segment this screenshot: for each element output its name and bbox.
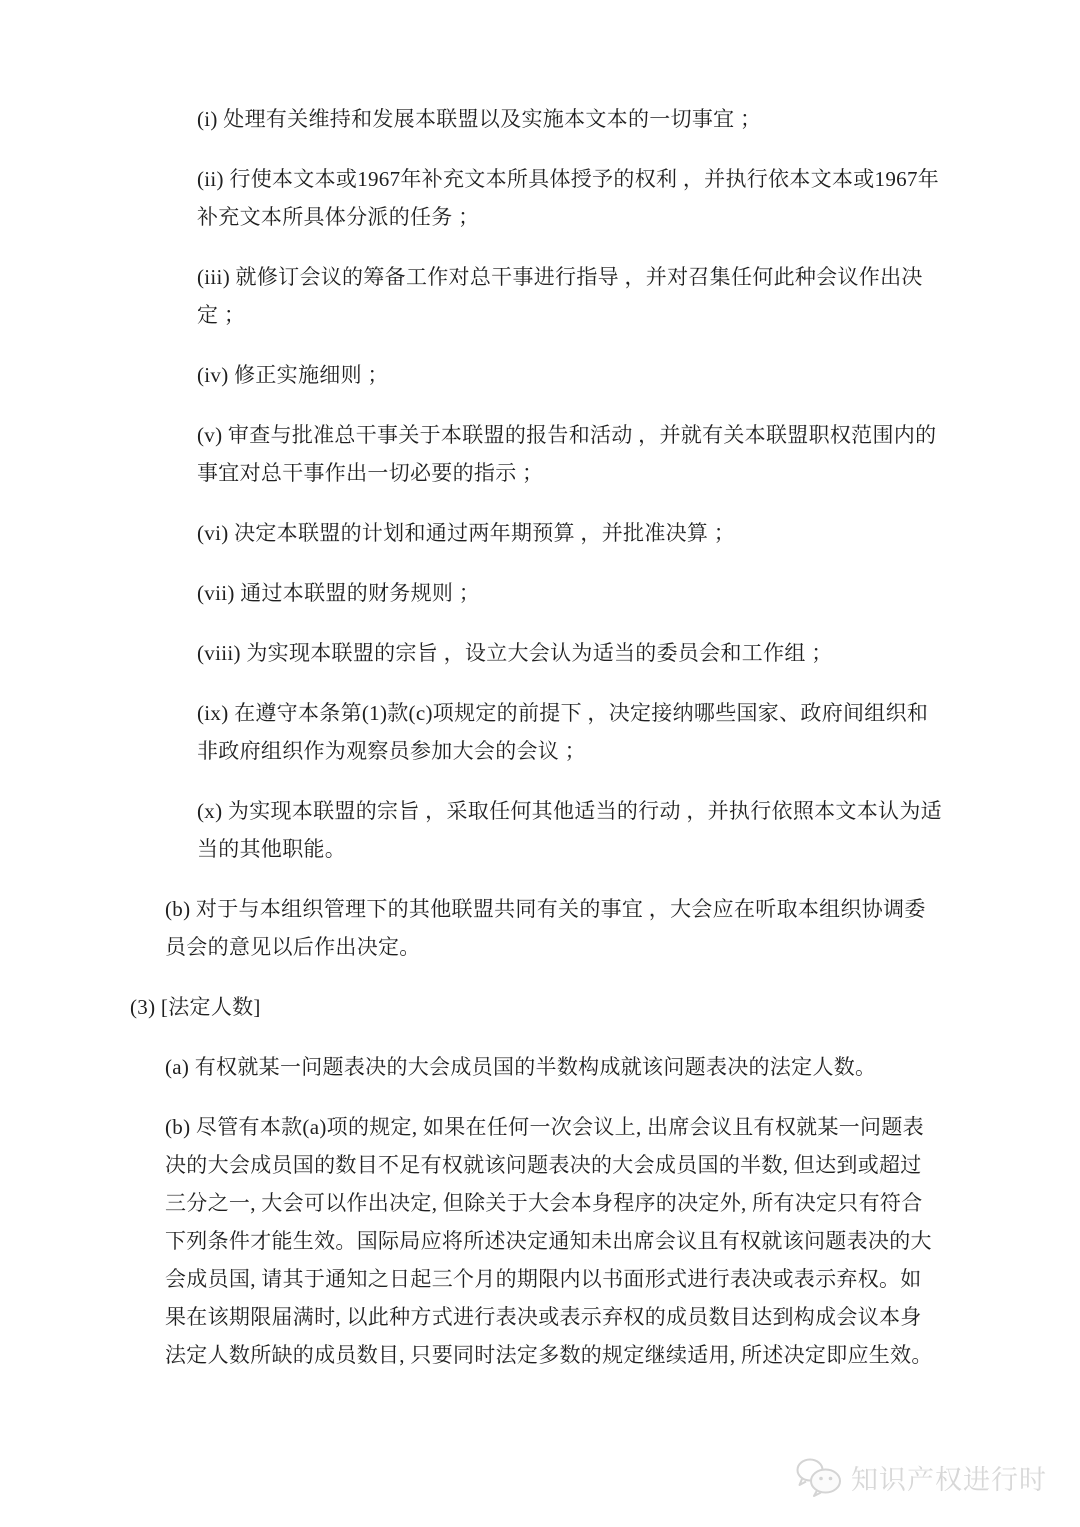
document-body: (i) 处理有关维持和发展本联盟以及实施本文本的一切事宜 ； (ii) 行使本文…	[0, 0, 1080, 1374]
clause-item-iii: (iii) 就修订会议的筹备工作对总干事进行指导 ，并对召集任何此种会议作出决 …	[197, 258, 980, 334]
clause-item-ii: (ii) 行使本文本或1967年补充文本所具体授予的权利 ，并执行依本文本或19…	[197, 160, 980, 236]
watermark-label: 知识产权进行时	[851, 1458, 1047, 1497]
clause-item-x: (x) 为实现本联盟的宗旨 ，采取任何其他适当的行动 ，并执行依照本文本认为适 …	[197, 792, 980, 868]
document-page: (i) 处理有关维持和发展本联盟以及实施本文本的一切事宜 ； (ii) 行使本文…	[0, 0, 1080, 1527]
clause-item-iv: (iv) 修正实施细则 ；	[197, 356, 980, 394]
clause-3b: (b) 尽管有本款(a)项的规定, 如果在任何一次会议上, 出席会议且有权就某一…	[165, 1108, 980, 1374]
watermark: 知识产权进行时	[795, 1457, 1047, 1497]
wechat-icon	[795, 1457, 843, 1497]
clause-item-i: (i) 处理有关维持和发展本联盟以及实施本文本的一切事宜 ；	[197, 100, 980, 138]
clause-2b: (b) 对于与本组织管理下的其他联盟共同有关的事宜 ，大会应在听取本组织协调委 …	[165, 890, 980, 966]
clause-item-ix: (ix) 在遵守本条第(1)款(c)项规定的前提下 ，决定接纳哪些国家、政府间组…	[197, 694, 980, 770]
clause-item-v: (v) 审查与批准总干事关于本联盟的报告和活动 ，并就有关本联盟职权范围内的 事…	[197, 416, 980, 492]
clause-3-heading: (3) [法定人数]	[130, 988, 980, 1026]
clause-3a: (a) 有权就某一问题表决的大会成员国的半数构成就该问题表决的法定人数。	[165, 1048, 980, 1086]
clause-item-vi: (vi) 决定本联盟的计划和通过两年期预算 ，并批准决算 ；	[197, 514, 980, 552]
clause-item-vii: (vii) 通过本联盟的财务规则 ；	[197, 574, 980, 612]
clause-item-viii: (viii) 为实现本联盟的宗旨 ，设立大会认为适当的委员会和工作组 ；	[197, 634, 980, 672]
